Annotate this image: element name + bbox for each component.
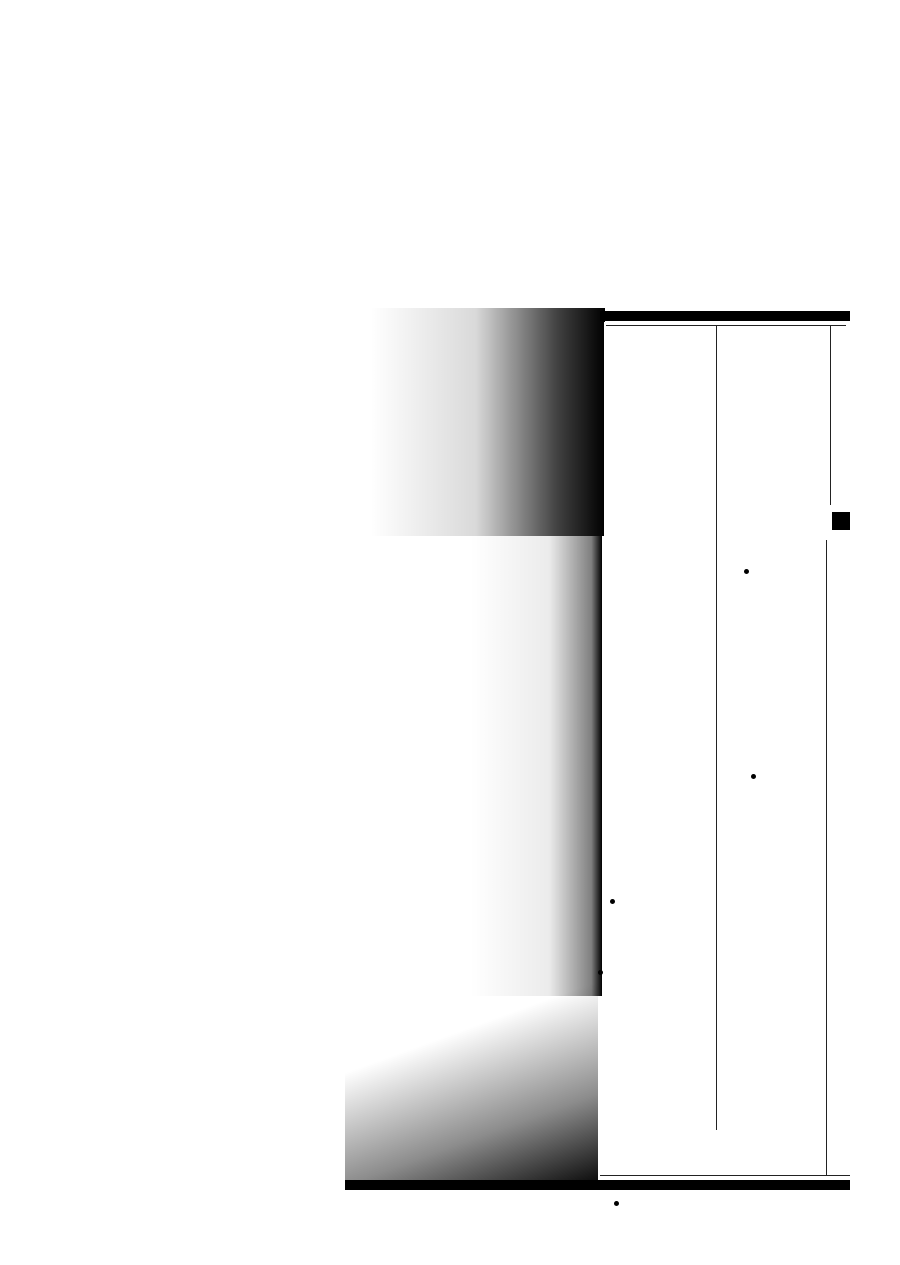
column-divider-right-lower [826, 540, 827, 1175]
column-divider-left [716, 325, 717, 1130]
speck [614, 1201, 619, 1206]
scanned-page [0, 0, 900, 1265]
scan-shadow-top [370, 308, 605, 536]
page-bottom-edge [345, 1180, 850, 1190]
column-divider-right-upper [830, 325, 831, 505]
speck [610, 899, 615, 904]
speck [744, 569, 749, 574]
edge-mark [832, 512, 850, 530]
frame-bottom-line [600, 1175, 850, 1176]
scan-shadow-middle [470, 536, 602, 996]
speck [598, 970, 603, 975]
page-top-edge [600, 311, 850, 321]
frame-top-line [606, 325, 846, 326]
page-area [604, 322, 850, 1180]
speck [751, 774, 756, 779]
scan-shadow-bottom [345, 960, 598, 1190]
